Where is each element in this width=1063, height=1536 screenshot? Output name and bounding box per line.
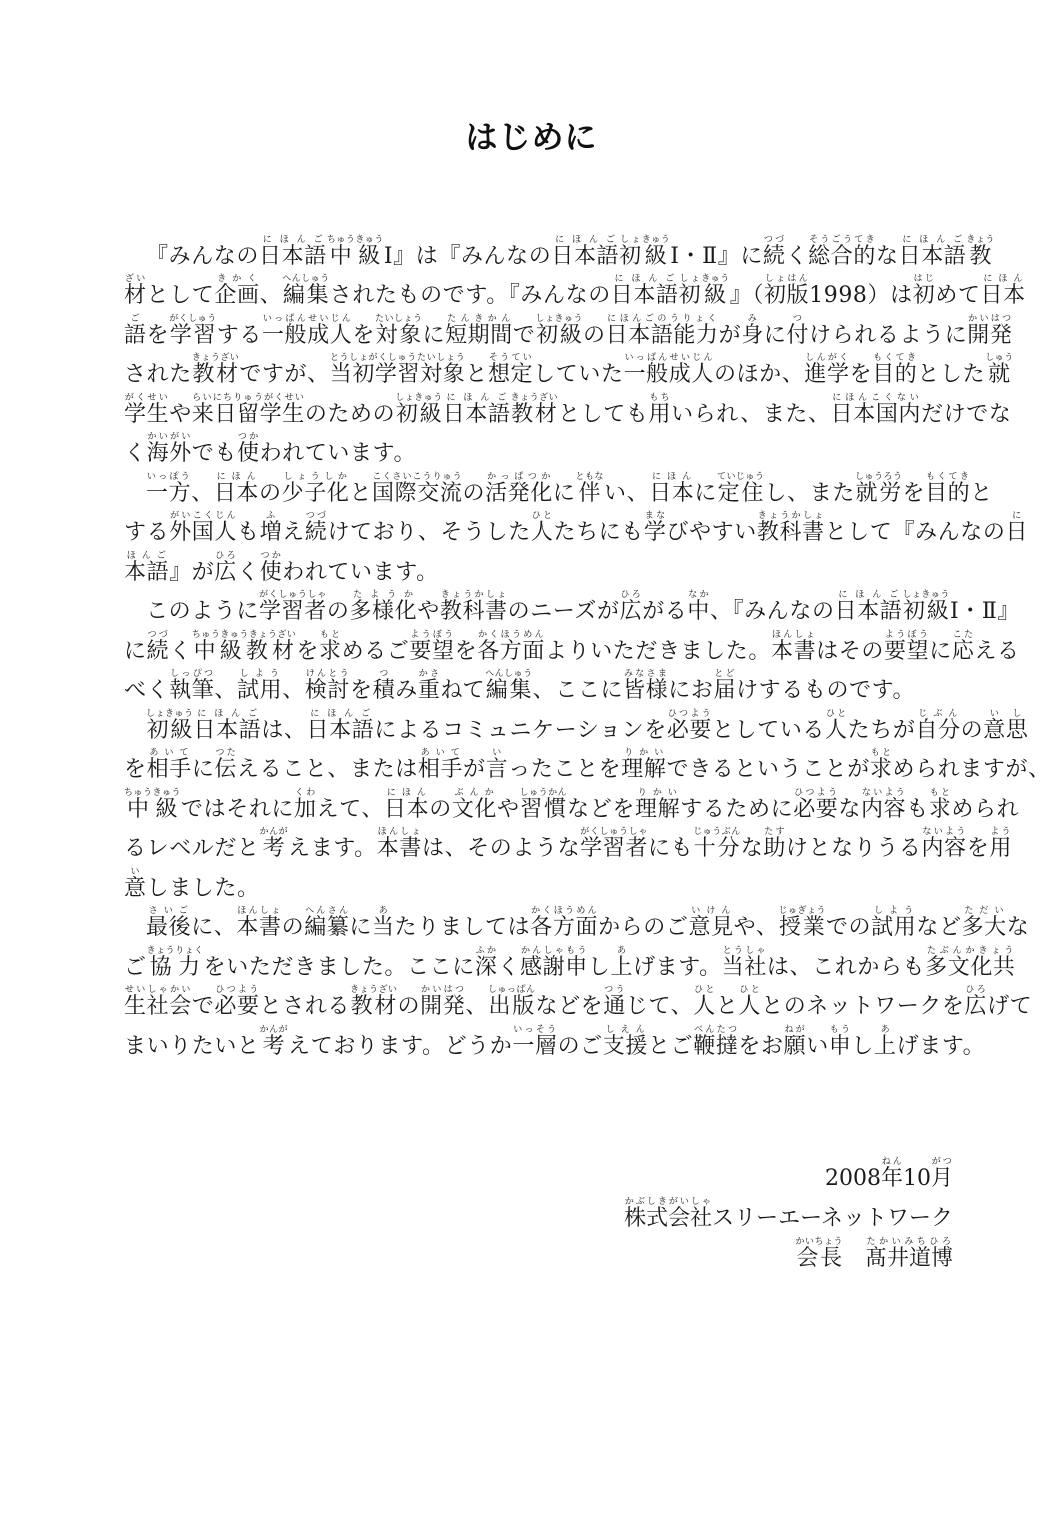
text-run: に xyxy=(349,917,372,939)
text-run: と xyxy=(716,996,739,1018)
text-run: し xyxy=(851,1036,874,1058)
text-run: でも xyxy=(192,443,237,465)
text-run: Ⅰ』は『みんなの xyxy=(384,246,552,268)
text-run: を xyxy=(850,364,873,386)
ruby-word: 人ひと xyxy=(739,985,762,1018)
ruby-word: 初しょ xyxy=(679,274,702,307)
text-run: の xyxy=(429,799,452,821)
ruby-word: 相手あいて xyxy=(147,748,192,781)
ruby-word: 教材きょうざい xyxy=(511,393,559,426)
ruby-word: 月がつ xyxy=(931,1157,953,1190)
text-run: える xyxy=(974,641,1019,663)
signature-date: 2008年ねん10月がつ xyxy=(624,1150,953,1190)
text-run: く xyxy=(237,562,260,584)
text-run: 、 xyxy=(282,680,305,702)
ruby-word: 日本にほん xyxy=(649,472,694,505)
paragraph-2-line: 一方いっぽう、日本にほんの少子化しょうしかと国際交流こくさいこうりゅうの活発化か… xyxy=(124,465,954,505)
paragraph-5-line: まいりたいと考かんがえております。どうか一層いっそうのご支援しえんとご鞭撻べんた… xyxy=(124,1018,954,1058)
ruby-word: 初級しょきゅう xyxy=(536,314,584,347)
ruby-word: 一方いっぽう xyxy=(146,472,191,505)
ruby-word: 支援しえん xyxy=(603,1025,648,1058)
ruby-word: 来日留学生らいにちりゅうがくせい xyxy=(192,393,305,426)
ruby-word: 広ひろ xyxy=(965,985,988,1018)
text-run: の xyxy=(961,720,984,742)
text-run: や xyxy=(497,799,520,821)
paragraph-3-line: このように学習者がくしゅうしゃの多様化たようかや教科書きょうかしょのニーズが広ひ… xyxy=(124,584,954,624)
paragraph-2-line: する外国人がいこくじんも増ふえ続つづけており、そうした人ひとたちにも学まなびやす… xyxy=(124,505,954,545)
text-run: で xyxy=(192,996,215,1018)
text-run: を xyxy=(967,838,990,860)
ruby-word: 編纂へんさん xyxy=(304,906,349,939)
text-run: の xyxy=(282,917,305,939)
text-run: を xyxy=(902,483,925,505)
text-run: 』が xyxy=(169,562,214,584)
text-run: な xyxy=(838,799,861,821)
text-run: の xyxy=(583,325,606,347)
text-run: は、これからも xyxy=(767,957,925,979)
text-run: で xyxy=(513,325,536,347)
text-run: く xyxy=(786,246,809,268)
paragraph-1-line: 材ざいとして企画きかく、編集へんしゅうされたものです。『みんなの日本語にほんご初… xyxy=(124,268,954,308)
text-run: の xyxy=(327,601,350,623)
ruby-word: 日本語にほんご xyxy=(551,235,619,268)
text-run: このように xyxy=(146,601,259,623)
ruby-word: 重かさ xyxy=(418,669,441,702)
text-run: に xyxy=(694,483,717,505)
ruby-word: 求もと xyxy=(319,630,342,663)
text-run: は、そのような xyxy=(422,838,580,860)
ruby-word: 目的もくてき xyxy=(925,472,970,505)
ruby-word: 身み xyxy=(741,314,764,347)
ruby-word: 文化ぶんか xyxy=(452,788,497,821)
text-run: められ xyxy=(951,799,1019,821)
text-run: に xyxy=(764,325,787,347)
text-run: く xyxy=(124,443,147,465)
ruby-word: 編集へんしゅう xyxy=(485,669,533,702)
text-run: は、 xyxy=(261,720,306,742)
ruby-word: 日本にほん xyxy=(214,472,259,505)
text-run: い xyxy=(806,1036,829,1058)
ruby-word: 中なか xyxy=(687,590,710,623)
ruby-word: 初級しょきゅう xyxy=(902,590,950,623)
text-run: によるコミュニケーションを xyxy=(374,720,666,742)
text-run: していた xyxy=(533,364,623,386)
ruby-word: 海外かいがい xyxy=(147,432,192,465)
document-page: はじめに 『みんなの日本語にほんご中ちゅう級きゅうⅠ』は『みんなの日本語にほんご… xyxy=(0,0,1063,1536)
ruby-word: 初しょ xyxy=(619,235,642,268)
text-run: よりいただきました。 xyxy=(545,641,771,663)
text-run: く xyxy=(497,957,520,979)
ruby-word: 習慣しゅうかん xyxy=(520,788,568,821)
paragraph-4-line: 初級しょきゅう日本語にほんごは、日本語にほんごによるコミュニケーションを必要ひつ… xyxy=(124,702,954,742)
ruby-word: 人ひと xyxy=(693,985,716,1018)
ruby-word: 活発化かっぱつか xyxy=(485,472,553,505)
ruby-word: 願ねが xyxy=(784,1025,807,1058)
ruby-word: 人ひと xyxy=(531,511,554,544)
ruby-word: 上あ xyxy=(874,1025,897,1058)
text-run: に、 xyxy=(191,917,236,939)
paragraph-4-line: るレベルだと考かんがえます。本書ほんしょは、そのような学習者がくしゅうしゃにも十… xyxy=(124,821,954,861)
text-run: い、 xyxy=(604,483,649,505)
text-run: と xyxy=(465,364,488,386)
paragraph-2-line: 本語ほんご』が広ひろく使つかわれています。 xyxy=(124,544,954,584)
text-run: まいりたいと xyxy=(124,1036,260,1058)
ruby-word: 試用しよう xyxy=(871,906,916,939)
ruby-word: 日本語能力にほんごのうりょく xyxy=(606,314,719,347)
text-run: の xyxy=(259,483,282,505)
text-run: ご xyxy=(124,957,147,979)
text-run: えること、または xyxy=(237,759,418,781)
ruby-word: 一層いっそう xyxy=(512,1025,557,1058)
text-run: 1998）は xyxy=(809,285,913,307)
ruby-word: 申もう xyxy=(829,1025,852,1058)
text-run: じて、 xyxy=(626,996,693,1018)
text-run: のほか、 xyxy=(714,364,804,386)
ruby-word: 多文化共たぶんかきょう xyxy=(925,946,1015,979)
ruby-word: 言い xyxy=(486,748,509,781)
text-run: 、『みんなの xyxy=(710,601,835,623)
ruby-word: 意思いし xyxy=(983,709,1028,742)
text-run: のための xyxy=(305,404,395,426)
ruby-word: 自分じぶん xyxy=(915,709,960,742)
ruby-word: 考かんが xyxy=(260,1025,289,1058)
ruby-word: 少子化しょうしか xyxy=(282,472,350,505)
ruby-word: 届とど xyxy=(713,669,736,702)
ruby-word: 日本国内にほんこくない xyxy=(831,393,921,426)
ruby-word: 教科書きょうかしょ xyxy=(757,511,825,544)
ruby-word: 日本語にほんご xyxy=(443,393,511,426)
text-run: ったことを xyxy=(508,759,621,781)
text-run: の xyxy=(462,483,485,505)
ruby-word: 級きゅう xyxy=(642,235,671,268)
text-run: するために xyxy=(680,799,793,821)
text-run: に xyxy=(553,483,576,505)
ruby-word: 一般成人いっぱんせいじん xyxy=(262,314,352,347)
ruby-word: 教材きょうざい xyxy=(350,985,398,1018)
ruby-word: 広ひろ xyxy=(620,590,643,623)
ruby-word: 上あ xyxy=(610,946,633,979)
text-run: 、ここに xyxy=(533,680,623,702)
ruby-word: 助たす xyxy=(763,827,786,860)
text-run: など xyxy=(916,917,961,939)
text-run: できるということが xyxy=(666,759,869,781)
text-run: が xyxy=(463,759,486,781)
text-run: などを xyxy=(567,799,635,821)
ruby-word: 使つか xyxy=(237,432,260,465)
paragraph-4-line: 意いしました。 xyxy=(124,860,954,900)
text-run: とのネットワークを xyxy=(761,996,964,1018)
ruby-word: 年ねん xyxy=(881,1157,903,1190)
ruby-word: 試用しよう xyxy=(237,669,282,702)
ruby-word: 授業じゅぎょう xyxy=(778,906,826,939)
ruby-word: 短期間たんきかん xyxy=(445,314,513,347)
text-run: にお xyxy=(668,680,713,702)
text-run: はその xyxy=(816,641,884,663)
ruby-word: 初版しょはん xyxy=(764,274,809,307)
text-run: 2008 xyxy=(825,1168,881,1190)
text-run: とした xyxy=(917,364,985,386)
ruby-word: 相手あいて xyxy=(418,748,463,781)
ruby-word: 加くわ xyxy=(294,788,317,821)
ruby-word: 編集へんしゅう xyxy=(282,274,330,307)
ruby-word: 学生がくせい xyxy=(124,393,169,426)
ruby-word: 執筆しっぴつ xyxy=(169,669,214,702)
ruby-word: 教材きょうざい xyxy=(192,353,240,386)
paragraph-1-line: 学生がくせいや来日留学生らいにちりゅうがくせいのための初級しょきゅう日本語にほん… xyxy=(124,386,954,426)
ruby-word: 中級ちゅうきゅう xyxy=(124,788,181,821)
ruby-word: 初はじ xyxy=(913,274,936,307)
ruby-word: 応こた xyxy=(952,630,975,663)
ruby-word: 就しゅう xyxy=(985,353,1014,386)
paragraph-1-line: された教材きょうざいですが、当初学習対象とうしょがくしゅうたいしょうと想定そうて… xyxy=(124,347,954,387)
text-run: スリーエーネットワーク xyxy=(712,1208,953,1230)
signature-company: 株式会社かぶしきがいしゃスリーエーネットワーク xyxy=(624,1190,953,1230)
text-run: がる xyxy=(642,601,687,623)
text-run: も xyxy=(237,522,260,544)
ruby-word: 当社とうしゃ xyxy=(722,946,767,979)
text-run: われています。 xyxy=(260,443,416,465)
ruby-word: 学習がくしゅう xyxy=(169,314,217,347)
ruby-word: 企画きかく xyxy=(214,274,259,307)
ruby-word: 感謝申かんしゃもう xyxy=(520,946,588,979)
paragraph-1-line: く海外かいがいでも使つかわれています。 xyxy=(124,426,954,466)
ruby-word: 検討けんとう xyxy=(305,669,350,702)
text-run: ですが、 xyxy=(239,364,329,386)
text-run: や xyxy=(169,404,192,426)
text-run: けするものです。 xyxy=(736,680,915,702)
text-run: く xyxy=(169,641,192,663)
ruby-word: 教きょう xyxy=(966,235,995,268)
ruby-word: 必要ひつよう xyxy=(793,788,838,821)
ruby-word: 想定そうてい xyxy=(488,353,533,386)
paragraph-1-line: 語ごを学習がくしゅうする一般成人いっぱんせいじんを対象たいしょうに短期間たんきか… xyxy=(124,307,954,347)
ruby-word: 十分じゅうぶん xyxy=(693,827,741,860)
ruby-word: 使つか xyxy=(260,551,283,584)
ruby-word: 最後さいご xyxy=(146,906,191,939)
ruby-word: 日本語にほんご xyxy=(611,274,679,307)
ruby-word: 外国人がいこくじん xyxy=(169,511,237,544)
text-run: の xyxy=(398,996,421,1018)
text-run: する xyxy=(217,325,262,347)
text-run: げて xyxy=(987,996,1032,1018)
ruby-word: 理解りかい xyxy=(635,788,680,821)
text-run: としても xyxy=(558,404,648,426)
ruby-word: 進学しんがく xyxy=(804,353,849,386)
text-run: などを xyxy=(535,996,603,1018)
text-run: を xyxy=(350,680,373,702)
text-run: し xyxy=(588,957,611,979)
text-run: げます。 xyxy=(633,957,722,979)
text-run: された xyxy=(124,364,192,386)
ruby-word: 髙井道博たかいみちひろ xyxy=(865,1237,953,1270)
text-run: とされる xyxy=(260,996,350,1018)
text-run: めるご xyxy=(342,641,410,663)
text-run: をお xyxy=(738,1036,783,1058)
text-run: えます。 xyxy=(288,838,377,860)
text-run: 10 xyxy=(903,1168,931,1190)
text-run: や xyxy=(417,601,440,623)
ruby-word: 必要ひつよう xyxy=(214,985,259,1018)
text-run: と xyxy=(970,483,993,505)
ruby-word: 伝つた xyxy=(214,748,237,781)
ruby-word: 求もと xyxy=(929,788,952,821)
text-run: 、 xyxy=(260,285,283,307)
ruby-word: 日本語にほんご xyxy=(307,709,375,742)
text-run: 『みんなの xyxy=(146,246,259,268)
ruby-word: 求もと xyxy=(870,748,893,781)
text-run: として『みんなの xyxy=(825,522,1006,544)
ruby-word: 協力きょうりょく xyxy=(147,946,204,979)
ruby-word: 広ひろ xyxy=(214,551,237,584)
ruby-word: 用もち xyxy=(648,393,671,426)
text-run: を xyxy=(352,325,375,347)
text-run: に xyxy=(422,325,445,347)
ruby-word: 内容ないよう xyxy=(922,827,967,860)
ruby-word: 伴ともな xyxy=(575,472,604,505)
text-run: に xyxy=(192,759,215,781)
text-run: のニーズが xyxy=(508,601,620,623)
ruby-word: 出版しゅっぱん xyxy=(488,985,536,1018)
text-run: と xyxy=(349,483,372,505)
ruby-word: 学習者がくしゅうしゃ xyxy=(580,827,648,860)
ruby-word: 続つづ xyxy=(763,235,786,268)
ruby-word: 日本語にほんご xyxy=(194,709,262,742)
text-run: が xyxy=(719,325,742,347)
ruby-word: 語ご xyxy=(124,314,147,347)
ruby-word: 生社会せいしゃかい xyxy=(124,985,192,1018)
text-run: 、 xyxy=(214,680,237,702)
ruby-word: 日本語にほんご xyxy=(835,590,903,623)
paragraph-4-line: 中級ちゅうきゅうではそれに加くわえて、日本にほんの文化ぶんかや習慣しゅうかんなど… xyxy=(124,781,954,821)
ruby-word: 皆様みなさま xyxy=(623,669,668,702)
ruby-word: 対象たいしょう xyxy=(375,314,423,347)
text-run: として xyxy=(147,285,215,307)
ruby-word: 多大ただい xyxy=(962,906,1007,939)
ruby-word: 要望ようぼう xyxy=(884,630,929,663)
text-run: ねて xyxy=(440,680,485,702)
text-run: に xyxy=(124,641,147,663)
ruby-word: 人ひと xyxy=(825,709,848,742)
text-run: えて、 xyxy=(317,799,384,821)
ruby-word: 中ちゅう xyxy=(327,235,356,268)
text-run: な xyxy=(741,838,764,860)
text-run: しました。 xyxy=(147,878,260,900)
text-run: ではそれに xyxy=(181,799,294,821)
ruby-word: 多様化たようか xyxy=(349,590,417,623)
text-run: し、また xyxy=(765,483,855,505)
ruby-word: 級きゅう xyxy=(355,235,384,268)
text-run: われています。 xyxy=(282,562,438,584)
ruby-word: 日本語にほんご xyxy=(259,235,327,268)
ruby-word: 本語ほんご xyxy=(124,551,169,584)
ruby-word: 一般成人いっぱんせいじん xyxy=(624,353,714,386)
ruby-word: 級きゅう xyxy=(701,274,730,307)
text-run: えております。どうか xyxy=(288,1036,512,1058)
ruby-word: 各方面かくほうめん xyxy=(477,630,545,663)
paragraph-5-line: 生社会せいしゃかいで必要ひつようとされる教材きょうざいの開発かいはつ、出版しゅっ… xyxy=(124,979,954,1019)
ruby-word: 通つう xyxy=(603,985,626,1018)
ruby-word: 深ふか xyxy=(475,946,498,979)
ruby-word: 当あ xyxy=(372,906,395,939)
text-run: での xyxy=(826,917,871,939)
ruby-word: 中級教材ちゅうきゅうきょうざい xyxy=(192,630,297,663)
paragraph-5-line: 最後さいごに、本書ほんしょの編纂へんさんに当あたりましては各方面かくほうめんから… xyxy=(124,900,954,940)
ruby-word: 各方面かくほうめん xyxy=(530,906,598,939)
ruby-word: 用よう xyxy=(989,827,1012,860)
text-run: や、 xyxy=(734,917,779,939)
paragraph-3-line: べく執筆しっぴつ、試用しよう、検討けんとうを積つみ重かさねて編集へんしゅう、ここ… xyxy=(124,663,954,703)
ruby-word: 就労しゅうろう xyxy=(855,472,903,505)
ruby-word: 総合的そうごうてき xyxy=(808,235,876,268)
signature-block: 2008年ねん10月がつ 株式会社かぶしきがいしゃスリーエーネットワーク 会長か… xyxy=(624,1150,953,1270)
ruby-word: 続つづ xyxy=(147,630,170,663)
text-run: にも xyxy=(648,838,693,860)
ruby-word: 付つ xyxy=(786,314,809,347)
text-run: けられるように xyxy=(809,325,967,347)
ruby-word: 初級しょきゅう xyxy=(146,709,194,742)
paragraph-1-line: 『みんなの日本語にほんご中ちゅう級きゅうⅠ』は『みんなの日本語にほんご初しょ級き… xyxy=(124,228,954,268)
text-run: を xyxy=(124,759,147,781)
ruby-word: 目的もくてき xyxy=(872,353,917,386)
text-run: めて xyxy=(935,285,980,307)
text-run: としている xyxy=(712,720,825,742)
text-run: けており、そうした xyxy=(327,522,530,544)
ruby-word: 材ざい xyxy=(124,274,147,307)
text-run: けとなりうる xyxy=(786,838,922,860)
ruby-word: 本書ほんしょ xyxy=(236,906,281,939)
preface-body: 『みんなの日本語にほんご中ちゅう級きゅうⅠ』は『みんなの日本語にほんご初しょ級き… xyxy=(124,228,954,1058)
paragraph-3-line: に続つづく中級教材ちゅうきゅうきょうざいを求もとめるご要望ようぼうを各方面かくほ… xyxy=(124,623,954,663)
ruby-word: 考かんが xyxy=(260,827,289,860)
ruby-word: 国際交流こくさいこうりゅう xyxy=(372,472,462,505)
ruby-word: 教科書きょうかしょ xyxy=(440,590,508,623)
page-title: はじめに xyxy=(0,112,1063,158)
text-run: Ⅰ・Ⅱ』 xyxy=(950,601,1020,623)
text-run: いられ、また、 xyxy=(671,404,831,426)
text-run: されたものです。『みんなの xyxy=(330,285,611,307)
text-run: する xyxy=(124,522,169,544)
paragraph-4-line: を相手あいてに伝つたえること、または相手あいてが言いったことを理解りかいできると… xyxy=(124,742,954,782)
ruby-word: 意い xyxy=(124,867,147,900)
text-run: み xyxy=(395,680,418,702)
ruby-word: 日本にほん xyxy=(981,274,1026,307)
text-run: 、 xyxy=(191,483,214,505)
ruby-word: 本書ほんしょ xyxy=(771,630,816,663)
text-run: だけでな xyxy=(921,404,1011,426)
ruby-word: 日本語にほんご xyxy=(899,235,967,268)
ruby-word: 定住ていじゅう xyxy=(717,472,765,505)
ruby-word: 開発かいはつ xyxy=(420,985,465,1018)
ruby-word: 学習者がくしゅうしゃ xyxy=(259,590,327,623)
ruby-word: 要望ようぼう xyxy=(409,630,454,663)
text-run: るレベルだと xyxy=(124,838,260,860)
ruby-word: 開発かいはつ xyxy=(967,314,1012,347)
ruby-word: 初級しょきゅう xyxy=(395,393,443,426)
text-run: のご xyxy=(558,1036,603,1058)
text-run: な xyxy=(1007,917,1030,939)
text-run: を xyxy=(147,325,170,347)
ruby-word: 鞭撻べんたつ xyxy=(693,1025,738,1058)
ruby-word: 続つづ xyxy=(305,511,328,544)
ruby-word: 株式会社かぶしきがいしゃ xyxy=(624,1197,712,1230)
text-run: たりましては xyxy=(395,917,531,939)
text-run: たちにも xyxy=(553,522,643,544)
signature-person: 会長かいちょう 髙井道博たかいみちひろ xyxy=(624,1230,953,1270)
text-run xyxy=(843,1248,865,1270)
ruby-word: 学まな xyxy=(644,511,667,544)
text-run: げます。 xyxy=(897,1036,986,1058)
ruby-word: 必要ひつよう xyxy=(667,709,712,742)
